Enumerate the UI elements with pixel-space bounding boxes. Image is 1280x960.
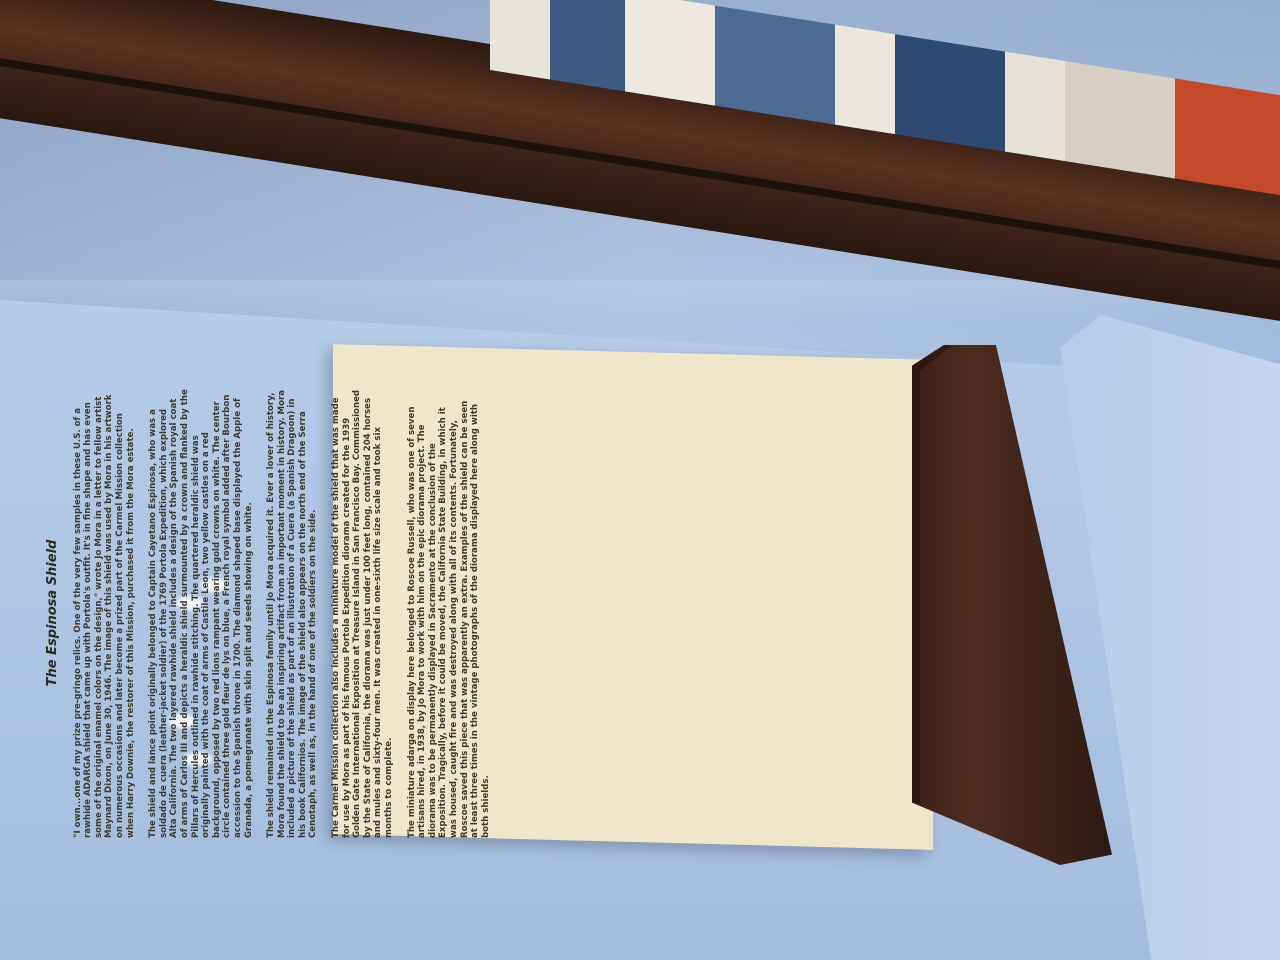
placard-paragraph: The miniature adarga on display here bel… <box>407 388 492 838</box>
book <box>895 34 1005 151</box>
book <box>490 0 550 80</box>
book <box>550 0 625 91</box>
placard-paragraph: The shield and lance point originally be… <box>148 388 254 838</box>
placard-paragraph: The shield remained in the Espinosa fami… <box>266 388 319 838</box>
book <box>1065 61 1175 178</box>
placard-paragraph: The Carmel Mission collection also inclu… <box>331 388 395 838</box>
placard-title: The Espinosa Shield <box>48 388 59 838</box>
book <box>1005 52 1065 162</box>
placard-text: The Espinosa Shield "I own...one of my p… <box>40 388 460 838</box>
book <box>1175 78 1280 195</box>
book <box>715 6 835 125</box>
book <box>835 25 895 135</box>
book <box>625 0 715 106</box>
placard-paragraph: "I own...one of my prize pre-gringo reli… <box>73 388 137 838</box>
